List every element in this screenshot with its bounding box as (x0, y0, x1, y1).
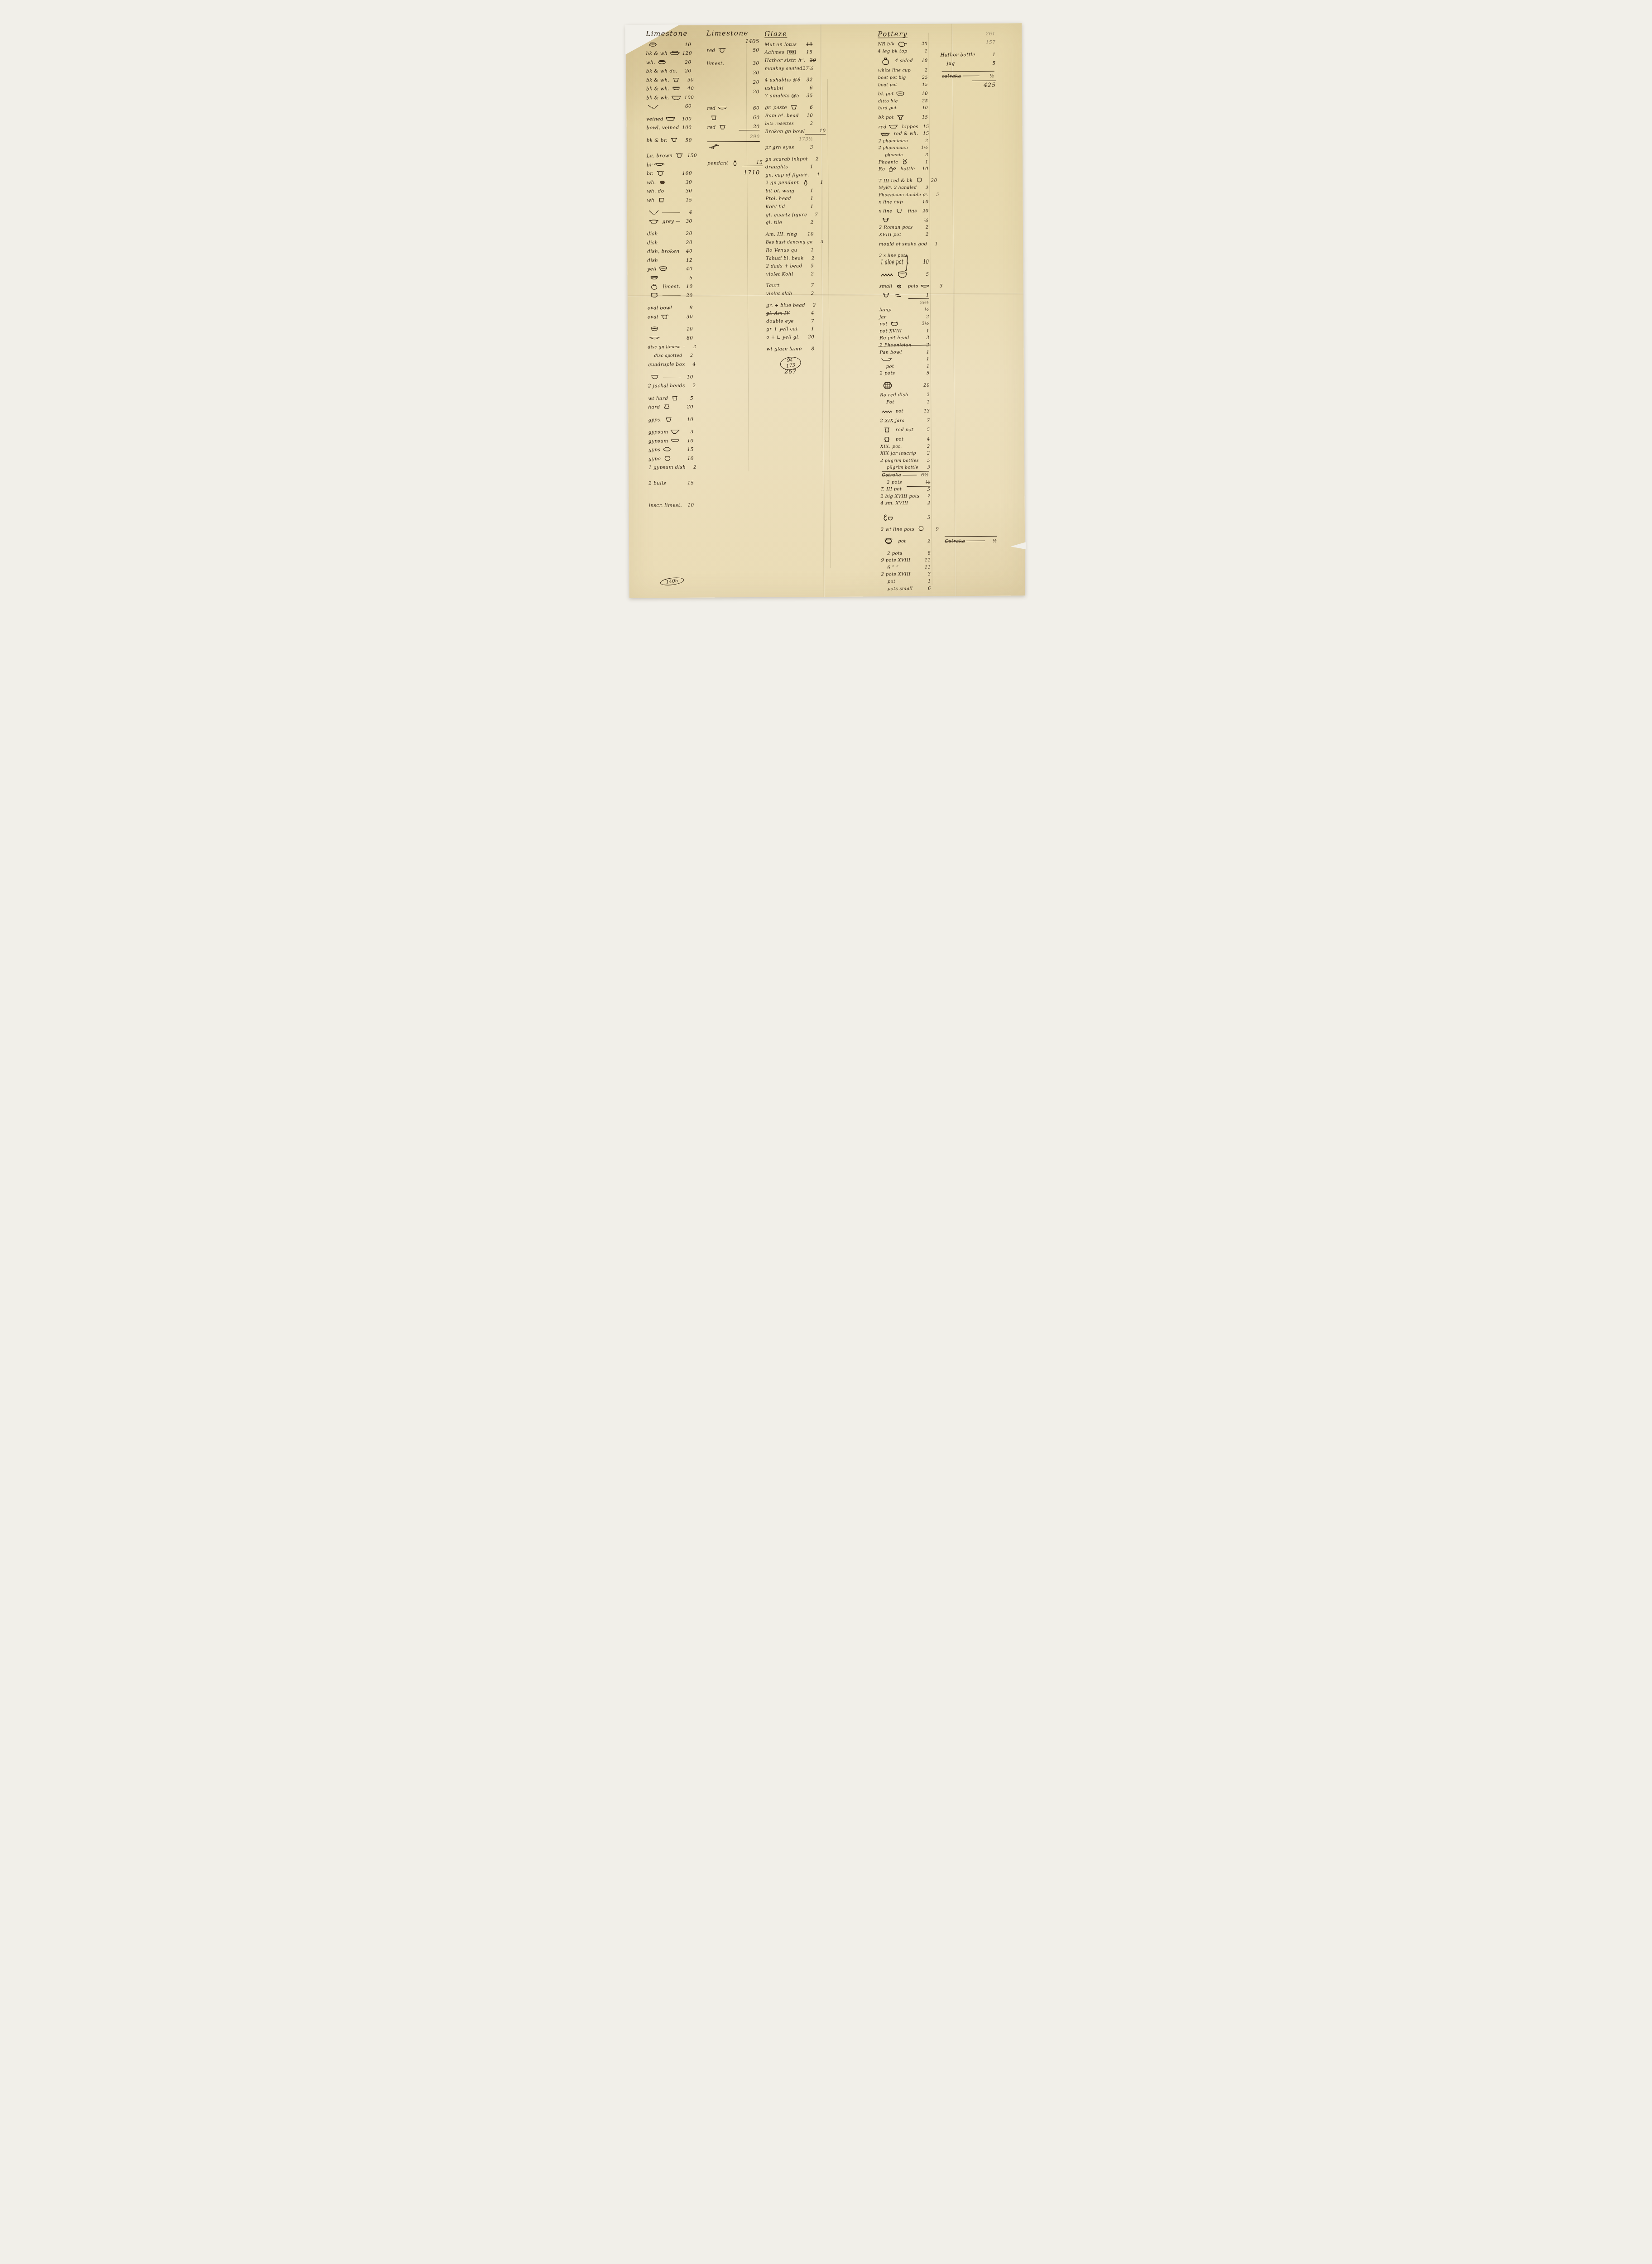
list-row: 2 XIX jars7 (880, 417, 930, 424)
list-row: 4 ushabtis @832 (765, 76, 813, 84)
item-label: 2 wt line pots (881, 527, 914, 532)
list-row: XVIII pot2 (879, 231, 929, 238)
item-value: 10 (802, 42, 812, 47)
item-value: 2 (805, 302, 816, 308)
item-label: 2 big XVIII pots (880, 494, 919, 499)
item-value: 2 (804, 255, 815, 261)
dish-handles-icon (648, 335, 660, 342)
item-label: Hathor bottle (941, 52, 975, 57)
list-row: La. brown150 (647, 151, 692, 160)
list-row: violet Kohl2 (766, 270, 814, 278)
list-row: 10 (646, 40, 691, 49)
item-value: 15 (802, 50, 812, 55)
item-value: 50 (681, 138, 692, 143)
jar-2handles-icon (888, 321, 900, 328)
bowl-deep-icon (658, 265, 669, 273)
bowl-shallow-icon (919, 283, 931, 290)
flared-bowl-foot-icon (648, 209, 660, 216)
item-value: 10 (803, 231, 814, 237)
column-rows: red50limest.30302020red6060red20290penda… (706, 45, 760, 177)
item-value: 10 (682, 374, 693, 380)
item-value: 6 (802, 85, 813, 91)
item-value: 1½ (917, 145, 928, 150)
item-value: 1710 (744, 169, 760, 176)
item-label: bk & wh. (646, 95, 669, 101)
column-limestone-main: Limestone 10bk & wh120wh.20bk & whdo.20b… (646, 29, 695, 586)
list-row: bk & br.50 (647, 136, 692, 145)
item-value: 4 (919, 437, 930, 442)
list-row: gl. tile2 (766, 219, 814, 227)
item-label: pot (888, 579, 896, 584)
item-value: 32 (802, 77, 813, 82)
item-label: limest. (707, 61, 725, 66)
item-label: pot (886, 364, 894, 369)
item-label: pot (896, 437, 904, 442)
item-label: Phoenician double pᵗ. (879, 192, 928, 198)
item-label: 2 pilgrim bottles (880, 458, 919, 464)
item-label: Taurt (766, 283, 780, 288)
item-value: 1 (802, 188, 813, 193)
list-row: o + ⊔ yell gl.20 (766, 333, 814, 341)
list-row: 30 (707, 68, 759, 78)
item-value: 2 (920, 539, 931, 544)
list-row: 173½ (765, 135, 813, 144)
item-label: bk & wh. (646, 77, 669, 83)
item-label: Am. III. ring (766, 231, 797, 237)
item-label: 1 aloe pot (880, 259, 903, 267)
list-row: double eye7 (766, 317, 814, 325)
list-row: 9 pots XVIII11 (881, 556, 931, 564)
item-value: 10 (918, 259, 929, 267)
bowl-rim-deep-icon (649, 374, 661, 381)
list-row: Ostraka6½ (882, 471, 929, 479)
item-label: limest. (663, 284, 681, 289)
list-row: pot1 (880, 363, 930, 370)
item-value: 15 (918, 124, 929, 129)
bowl-rim-icon (670, 85, 682, 92)
list-row: XIX jar inscrip2 (880, 450, 930, 457)
list-row: T. III pot5 (880, 485, 930, 493)
list-row: smallpots3 (879, 283, 929, 290)
dash-line (663, 377, 681, 377)
item-label: mould of snake god (879, 241, 927, 247)
item-value: 9 (928, 527, 939, 532)
list-row: 60 (646, 102, 692, 111)
item-label: Mut on lotus (764, 42, 797, 47)
item-value: 4 (682, 210, 692, 215)
item-value: 10 (682, 417, 693, 422)
row-spacer (647, 144, 692, 152)
item-label: gypsum (648, 438, 668, 444)
list-row: Ostraka½ (945, 536, 997, 546)
item-label: red (707, 106, 716, 111)
pot-squat-icon (661, 446, 673, 453)
list-row: yell40 (647, 264, 692, 273)
pot-waist-icon (661, 403, 673, 411)
dash-line (662, 212, 680, 213)
list-row: 2 wt line pots9 (881, 526, 931, 533)
list-row: Bes bust dancing gn3 (766, 238, 814, 246)
list-row: 2 big XVIII pots7 (880, 493, 930, 500)
row-spacer (649, 510, 695, 577)
item-value: 10 (805, 128, 826, 134)
list-row: Phoenic1 (879, 158, 928, 166)
blob-icon (657, 179, 669, 186)
list-row: 1 (879, 292, 929, 299)
item-value: 2 (685, 383, 696, 389)
list-row: bits rosettes2 (765, 120, 813, 128)
item-value: 5 (682, 275, 693, 281)
list-row: br (647, 160, 692, 169)
item-value: 3 (813, 240, 824, 245)
item-value: 20 (927, 178, 937, 183)
list-row: grey —30 (647, 217, 692, 226)
item-label: ostraka (942, 73, 961, 79)
item-label: 9 pots XVIII (881, 558, 910, 563)
item-label: pot (879, 321, 888, 326)
item-value: 60 (681, 104, 692, 109)
item-value: 2 (803, 291, 814, 296)
pot-dark-icon (882, 536, 895, 547)
list-row: br.100 (647, 169, 692, 178)
list-row: NR blk20 (878, 41, 927, 48)
strike-line (962, 76, 979, 76)
item-value: 2 (919, 393, 930, 398)
item-value: 1 (908, 293, 929, 299)
item-value: 10 (917, 106, 928, 110)
list-row: Pan bowl1 (880, 349, 930, 356)
item-label: grey — (663, 219, 681, 224)
list-row: 5 (647, 273, 692, 283)
list-row: wh.30 (647, 178, 692, 187)
item-label: Aahmes (764, 50, 784, 55)
item-value: 1 (803, 247, 814, 253)
item-value: 5 (920, 515, 931, 520)
column-subtitle: 1405 (706, 38, 759, 46)
row-spacer (881, 507, 931, 512)
list-row: Ro pot head3 (879, 335, 929, 342)
list-row: Hathor bottle1 (940, 50, 995, 59)
list-row: gn. cap of figure.1 (765, 171, 813, 179)
list-row: wt glaze lamp8 (766, 345, 814, 353)
item-label: bk & br. (647, 138, 668, 143)
item-value: 20 (682, 240, 692, 245)
list-row: pot1 (881, 578, 931, 585)
item-value: 5 (928, 192, 939, 197)
list-row: limest.30 (707, 58, 759, 68)
dish-long-icon (881, 356, 893, 363)
item-value: 20 (682, 404, 693, 410)
item-value: 3 (932, 284, 943, 289)
item-value: 20 (682, 293, 693, 298)
item-value: 1 (927, 241, 938, 246)
list-row: lamp½ (879, 306, 929, 313)
item-label: Ostraka (882, 473, 901, 478)
item-value: 100 (681, 125, 692, 130)
list-row: Ro red dish2 (880, 391, 930, 398)
item-label: Tahuti bl. beak (766, 255, 804, 261)
list-row: 94 173 (767, 360, 815, 368)
list-row: 1 gypsum dish2 (648, 463, 694, 472)
item-label: do. (669, 68, 677, 74)
item-value: 12 (682, 258, 692, 263)
item-label: 2 bulls (648, 480, 666, 486)
list-row: violet slab2 (766, 289, 814, 297)
item-label: bottle (900, 167, 915, 172)
item-label: phoenic. (885, 153, 904, 158)
item-value: 2 (918, 225, 929, 230)
list-row: phoenic.3 (879, 151, 928, 158)
list-row: quadruple box4 (648, 360, 693, 369)
item-label: Ptol. head (765, 196, 791, 201)
jar-rim-sm-icon (914, 177, 926, 184)
list-row: jug5 (941, 59, 996, 68)
list-row: Ram hᵈ. bead10 (765, 111, 813, 120)
list-row: 10 (648, 325, 693, 334)
item-value: 2 (685, 344, 696, 349)
vertical-crease (951, 24, 956, 596)
item-label: red pot (896, 427, 914, 432)
column-glaze: Glaze Mut on lotus10Aahmes15Hathor sistr… (764, 29, 815, 375)
list-row (707, 141, 760, 152)
item-label: Ro pot head (879, 336, 909, 341)
list-row: 2 bulls15 (648, 479, 694, 488)
item-label: red & wh. (894, 131, 918, 136)
list-row: 1405 (649, 577, 695, 586)
item-value: 4 (685, 362, 696, 367)
list-row: dish, broken40 (647, 247, 692, 256)
vase-icon (648, 283, 660, 290)
item-value: 40 (682, 249, 692, 254)
item-value: 10 (802, 113, 813, 118)
jar-handles-icon (716, 47, 728, 54)
list-row: white line cup2 (878, 67, 928, 74)
item-label: 4 sm. XVIII (881, 501, 908, 506)
item-value: 4 (803, 310, 814, 316)
item-label: 4 leg bk top (878, 49, 907, 54)
list-row: 4 sided10 (878, 55, 928, 67)
bottle-flare-icon (899, 158, 911, 166)
row-spacer (707, 151, 760, 158)
item-label: br (647, 162, 653, 168)
list-row: gyps.10 (648, 415, 693, 424)
hourglass-pot-icon (881, 427, 893, 434)
item-value: 1 (803, 204, 814, 209)
list-row: 267 (767, 367, 815, 375)
item-label: draughts (765, 164, 788, 170)
flared-dish-icon (647, 103, 659, 110)
item-value: 100 (681, 116, 692, 122)
item-value: 3 (683, 429, 694, 435)
item-label: Pan bowl (880, 350, 902, 355)
boat-bowl-icon (668, 50, 680, 57)
item-value: 20 (749, 79, 759, 85)
bowl-lid-icon (647, 41, 658, 48)
item-label: bk & wh (646, 68, 668, 74)
list-row: 2 phoenician2 (879, 137, 928, 144)
item-value: 20 (803, 334, 814, 340)
item-value: 20 (682, 231, 692, 236)
item-label: pendant (707, 160, 729, 166)
list-row: pot2 (881, 535, 931, 548)
list-row: pendant15 (707, 158, 760, 168)
item-value: 50 (748, 47, 759, 53)
list-row: gr. + blue bead2 (766, 301, 814, 309)
torn-edge (1010, 542, 1026, 549)
list-row: veined100 (646, 115, 692, 124)
item-label: boat pot (878, 82, 897, 87)
zigzag-icon (880, 269, 893, 280)
row-spacer (707, 96, 759, 104)
bowl-shallow-icon (716, 105, 728, 112)
item-value: 3 (919, 465, 930, 470)
list-row: wh15 (647, 196, 692, 205)
item-value: 1 (982, 52, 996, 57)
item-value: ½ (981, 73, 994, 78)
item-label: quadruple box (648, 362, 685, 368)
item-label: jar (879, 315, 886, 320)
item-value: 10 (683, 456, 694, 461)
list-row: red pot5 (880, 427, 930, 434)
item-label: disc gn limest. – (648, 345, 685, 350)
list-row: wt hard5 (648, 394, 693, 403)
u-shape-icon (893, 208, 905, 215)
item-label: La. brown (647, 153, 672, 158)
item-value: 2 (920, 501, 931, 506)
list-row: disc spotted2 (648, 351, 693, 360)
item-value: 1 (812, 180, 823, 185)
list-row: 2 pots½ (880, 479, 930, 486)
list-row: 20 (707, 87, 759, 97)
list-row: wh.20 (646, 58, 692, 67)
list-row: red & wh.15 (879, 130, 928, 138)
item-value: 157 (982, 39, 995, 45)
item-label: inscr. limest. (649, 503, 682, 508)
item-label: Ostraka (945, 538, 965, 544)
item-label: hard (648, 404, 660, 410)
list-row: bird pot10 (878, 105, 928, 112)
list-row: 261 (879, 299, 929, 307)
item-value: 1 (803, 326, 814, 332)
item-value: 15 (683, 480, 694, 486)
item-label: pot (898, 539, 906, 544)
item-value: 11 (920, 565, 931, 570)
list-row: inscr. limest.10 (649, 501, 694, 510)
list-row: bk & wh120 (646, 49, 691, 58)
column-rows: Ostraka½ (943, 536, 999, 546)
list-row: gyps15 (648, 445, 694, 454)
item-value: 10 (680, 42, 691, 48)
list-row: disc gn limest. –2 (648, 342, 693, 351)
zigzag-pot-icon (881, 436, 893, 443)
item-label: gyps. (648, 417, 662, 422)
item-label: Ro red dish (880, 393, 908, 398)
item-value: 10 (683, 438, 694, 444)
circled-number: 1405 (659, 576, 684, 586)
item-label: pilgrim bottle (887, 465, 918, 470)
list-row: Aahmes15 (764, 48, 812, 57)
item-label: 4 sided (895, 58, 913, 63)
item-label: bit bl. wing (765, 188, 794, 193)
item-label: Phoenic (879, 160, 898, 165)
item-value: 1 (919, 350, 930, 355)
item-label: br. (647, 171, 653, 177)
list-row: redhippos15 (878, 123, 928, 130)
item-label: bowl, veined (646, 125, 679, 130)
item-label: oval bowl (648, 305, 672, 311)
list-row: 6 ” ”11 (881, 564, 931, 571)
item-label: pot (895, 409, 903, 414)
item-value: 30 (682, 314, 693, 320)
item-label: 2 pots (887, 551, 903, 556)
list-row: dish20 (647, 238, 692, 247)
item-value: 5 (907, 486, 930, 492)
bowl-wide-icon (670, 94, 682, 101)
item-label: white line cup (878, 68, 911, 73)
list-row: x linefigs20 (879, 207, 929, 215)
item-value: 20 (918, 209, 929, 214)
item-label: MyKⁿ. 3 handled (879, 185, 917, 191)
item-label: dish, broken (647, 249, 679, 254)
column-pottery: Pottery NR blk204 leg bk top14 sided10wh… (878, 30, 931, 592)
list-row: 7 amulets @535 (765, 92, 813, 100)
item-label: do (658, 188, 664, 194)
item-value: 15 (917, 115, 928, 120)
list-row: Kohl lid1 (766, 202, 814, 211)
spiral-icon (893, 283, 905, 290)
list-row: Mut on lotus10 (764, 40, 812, 48)
net-jar-icon (881, 380, 894, 391)
list-row: 20 (707, 77, 759, 87)
item-value: 60 (749, 115, 759, 120)
zigzag-icon (881, 408, 893, 415)
item-label: XVIII pot (879, 232, 901, 237)
scanned-document-page: Limestone 10bk & wh120wh.20bk & whdo.20b… (619, 0, 1032, 619)
jar-handles-icon (659, 313, 671, 321)
column-title: Pottery (878, 30, 927, 41)
item-value: 1 (917, 159, 928, 164)
item-label: red (878, 125, 886, 130)
item-value: 8 (920, 551, 931, 556)
item-value: 13 (919, 409, 930, 414)
item-value: 3 (917, 185, 928, 190)
list-row: Ro Venus qu1 (766, 246, 814, 254)
list-row: pot2½ (879, 321, 929, 328)
item-value: 8 (682, 305, 693, 311)
item-label: XIX. pot. (880, 444, 902, 449)
item-value: ½ (986, 538, 997, 543)
two-pots-icon (882, 512, 895, 523)
item-label: ushabti (765, 85, 784, 91)
beaker-icon (655, 197, 667, 204)
jug-spout-icon (896, 41, 908, 48)
list-row: 10 (648, 373, 693, 382)
item-value: 100 (681, 171, 692, 176)
list-row: gypsum3 (648, 427, 694, 436)
item-label: 2 Roman pots (879, 225, 913, 230)
item-label: gn. cap of figure. (765, 172, 809, 178)
item-label: 2 pots (887, 480, 902, 485)
item-value: ½ (919, 480, 930, 484)
item-value: 40 (683, 86, 694, 91)
item-label: Ro Venus qu (766, 247, 797, 253)
bowl-trap-icon (888, 123, 899, 130)
list-row: Robottle10 (879, 166, 928, 173)
item-value: 60 (682, 336, 693, 341)
item-value: 15 (918, 131, 929, 136)
jar-handles-icon (654, 170, 666, 177)
pot-handles-icon (648, 218, 660, 225)
